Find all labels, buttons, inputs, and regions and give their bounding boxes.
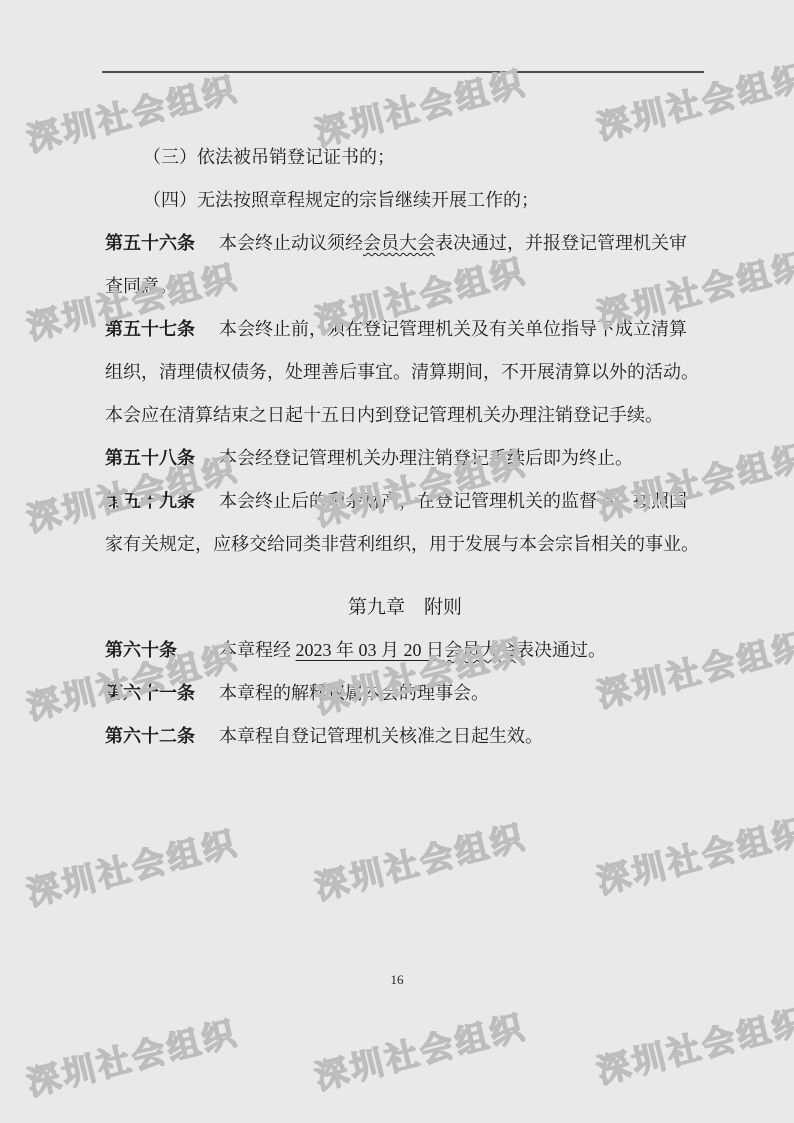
text-line: 本会应在清算结束之日起十五日内到登记管理机关办理注销登记手续。 (105, 394, 705, 437)
text-line: 组织，清理债权债务，处理善后事宜。清算期间，不开展清算以外的活动。 (105, 351, 705, 394)
text-run: 本会应在清算结束之日起十五日内到登记管理机关办理注销登记手续。 (105, 405, 663, 425)
text-line: 第五十六条本会终止动议须经会员大会表决通过，并报登记管理机关审 (105, 222, 705, 265)
text-run: 表决通过，并报登记管理机关审 (435, 233, 687, 253)
text-run: 第九章 附则 (348, 597, 462, 618)
text-line: 第六十条本章程经 2023 年 03 月 20 日会员大会表决通过。 (105, 629, 705, 672)
text-line: 查同意。 (105, 265, 705, 308)
article-paragraph: 第六十二条本章程自登记管理机关核准之日起生效。 (105, 715, 705, 758)
watermark: 深圳社会组织 (592, 995, 794, 1093)
page-number: 16 (0, 972, 794, 988)
text-run: 本会经登记管理机关办理注销登记手续后即为终止。 (219, 448, 633, 468)
header-rule (102, 71, 704, 73)
article-number: 第六十一条 (105, 672, 219, 715)
text-line: 家有关规定，应移交给同类非营利组织，用于发展与本会宗旨相关的事业。 (105, 523, 705, 566)
text-run: 查同意。 (105, 276, 177, 296)
text-run: 表决通过。 (516, 640, 606, 660)
article-paragraph: 第五十九条本会终止后的剩余财产，在登记管理机关的监督下，按照国家有关规定，应移交… (105, 480, 705, 566)
underlined-text: 会员大会 (363, 233, 435, 253)
article-number: 第六十条 (105, 629, 219, 672)
text-line: 第五十八条本会经登记管理机关办理注销登记手续后即为终止。 (105, 437, 705, 480)
text-run: 家有关规定，应移交给同类非营利组织，用于发展与本会宗旨相关的事业。 (105, 534, 699, 554)
text-line: （四）无法按照章程规定的宗旨继续开展工作的； (105, 179, 705, 222)
text-run: 本会终止前，须在登记管理机关及有关单位指导下成立清算 (219, 319, 687, 339)
list-item: （四）无法按照章程规定的宗旨继续开展工作的； (105, 179, 705, 222)
watermark: 深圳社会组织 (310, 1001, 531, 1099)
text-run: 本章程自登记管理机关核准之日起生效。 (219, 726, 543, 746)
document-page: （三）依法被吊销登记证书的；（四）无法按照章程规定的宗旨继续开展工作的；第五十六… (0, 0, 794, 1123)
text-line: 第五十七条本会终止前，须在登记管理机关及有关单位指导下成立清算 (105, 308, 705, 351)
article-paragraph: 第六十一条本章程的解释权属本会的理事会。 (105, 672, 705, 715)
underlined-text: 2023 年 03 月 20 日 (296, 640, 445, 660)
article-paragraph: 第五十七条本会终止前，须在登记管理机关及有关单位指导下成立清算组织，清理债权债务… (105, 308, 705, 437)
chapter-heading: 第九章 附则 (105, 586, 705, 629)
text-line: 第五十九条本会终止后的剩余财产，在登记管理机关的监督下，按照国 (105, 480, 705, 523)
text-run: （四）无法按照章程规定的宗旨继续开展工作的； (143, 190, 539, 210)
watermark: 深圳社会组织 (310, 811, 531, 909)
list-item: （三）依法被吊销登记证书的； (105, 136, 705, 179)
watermark: 深圳社会组织 (22, 817, 243, 915)
text-run: 本会终止后的剩余财产，在登记管理机关的监督下，按照国 (219, 491, 687, 511)
watermark: 深圳社会组织 (592, 51, 794, 149)
article-paragraph: 第五十八条本会经登记管理机关办理注销登记手续后即为终止。 (105, 437, 705, 480)
text-run: 本章程的解释权属本会的理事会。 (219, 683, 489, 703)
document-body: （三）依法被吊销登记证书的；（四）无法按照章程规定的宗旨继续开展工作的；第五十六… (105, 136, 705, 758)
text-line: 第九章 附则 (105, 586, 705, 629)
underlined-text: 会员大会 (444, 640, 516, 660)
article-number: 第五十六条 (105, 222, 219, 265)
text-run: 本会终止动议须经 (219, 233, 363, 253)
article-number: 第五十七条 (105, 308, 219, 351)
text-line: 第六十二条本章程自登记管理机关核准之日起生效。 (105, 715, 705, 758)
text-run: 本章程经 (219, 640, 296, 660)
text-line: （三）依法被吊销登记证书的； (105, 136, 705, 179)
article-paragraph: 第五十六条本会终止动议须经会员大会表决通过，并报登记管理机关审查同意。 (105, 222, 705, 308)
article-number: 第五十八条 (105, 437, 219, 480)
article-number: 第六十二条 (105, 715, 219, 758)
text-line: 第六十一条本章程的解释权属本会的理事会。 (105, 672, 705, 715)
watermark: 深圳社会组织 (22, 1007, 243, 1105)
article-paragraph: 第六十条本章程经 2023 年 03 月 20 日会员大会表决通过。 (105, 629, 705, 672)
article-number: 第五十九条 (105, 480, 219, 523)
text-run: （三）依法被吊销登记证书的； (143, 147, 395, 167)
text-run: 组织，清理债权债务，处理善后事宜。清算期间，不开展清算以外的活动。 (105, 362, 699, 382)
watermark: 深圳社会组织 (592, 805, 794, 903)
